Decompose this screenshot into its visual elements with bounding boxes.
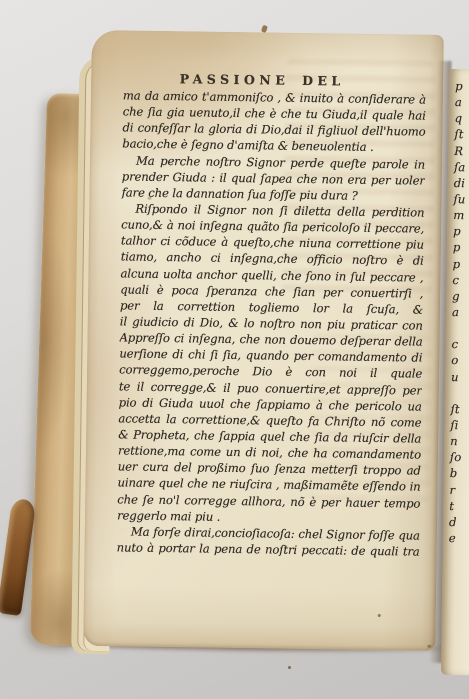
photo-backdrop: PASSIONE DEL ma da amico t'ammoniſco , &… bbox=[0, 0, 469, 699]
text-line: nuto à portar la pena de noſtri peccati:… bbox=[117, 539, 420, 559]
facing-page-clipped-text: p a q ſt R ſa di ſu m p p p c g a c o u bbox=[449, 78, 467, 546]
foxing-speck bbox=[148, 197, 152, 200]
open-book: PASSIONE DEL ma da amico t'ammoniſco , &… bbox=[9, 21, 469, 669]
foxing-speck bbox=[378, 614, 381, 617]
text-block: ma da amico t'ammoniſco , & inuito à con… bbox=[117, 87, 427, 559]
main-page: PASSIONE DEL ma da amico t'ammoniſco , &… bbox=[83, 30, 444, 651]
backdrop-speck bbox=[288, 666, 291, 669]
